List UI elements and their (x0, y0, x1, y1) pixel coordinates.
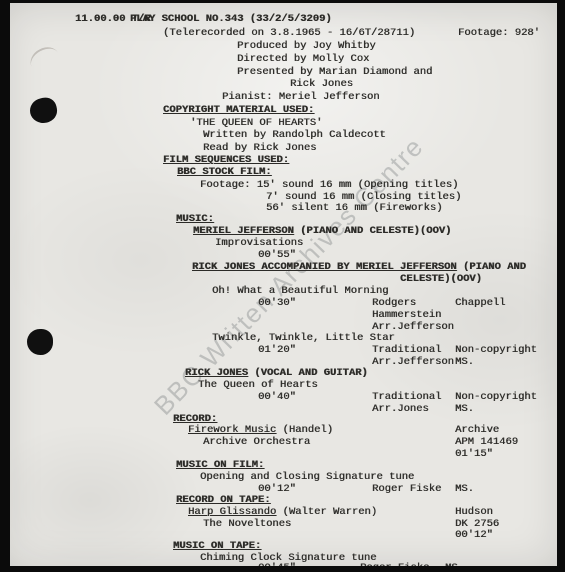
record-on-tape-title-name: Harp Glissando (188, 506, 276, 518)
music-artist-2-name: RICK JONES ACCOMPANIED BY MERIEL JEFFERS… (192, 261, 457, 273)
record-title-name: Firework Music (188, 424, 276, 436)
music-on-film-heading: MUSIC ON FILM: (176, 459, 264, 471)
credit-produced: Produced by Joy Whitby (237, 40, 376, 52)
record-on-tape-title-detail: (Walter Warren) (276, 506, 377, 518)
music-item-3-duration: 01'20" (258, 344, 296, 356)
music-item-3-publisher: Non-copyright (455, 344, 537, 356)
music-item-2-composer-2: Hammerstein (372, 309, 441, 321)
line-programme-title: 11.00.00 T/R PLAY SCHOOL NO.343 (33/2/5/… (0, 13, 565, 26)
music-artist-3-detail: (VOCAL AND GUITAR) (248, 367, 368, 379)
credit-presented: Presented by Marian Diamond and (237, 66, 432, 78)
credit-directed: Directed by Molly Cox (237, 53, 369, 65)
bbc-stock-film-heading: BBC STOCK FILM: (177, 166, 272, 178)
line-presented-cont: Rick Jones (0, 78, 565, 91)
line-copyright-heading: COPYRIGHT MATERIAL USED: (0, 104, 565, 117)
music-artist-3: RICK JONES (VOCAL AND GUITAR) (185, 367, 368, 379)
scanned-document-page: BBC Written Archives Centre 11.00.00 T/R… (0, 0, 565, 572)
music-item-2-composer: Rodgers (372, 297, 416, 309)
music-artist-1-detail: (PIANO AND CELESTE)(OOV) (294, 225, 452, 237)
copyright-read-by: Read by Rick Jones (203, 142, 316, 154)
music-artist-2-cont: CELESTE)(OOV) (400, 273, 482, 285)
credit-presented-cont: Rick Jones (290, 78, 353, 90)
music-item-4-composer: Traditional (372, 391, 441, 403)
music-item-4-duration: 00'40" (258, 391, 296, 403)
scan-border-top (0, 0, 565, 3)
music-item-3-composer: Traditional (372, 344, 441, 356)
music-artist-2: RICK JONES ACCOMPANIED BY MERIEL JEFFERS… (192, 261, 526, 273)
music-item-1-title: Improvisations (215, 237, 303, 249)
scan-border-left (0, 0, 10, 572)
film-footage-1: Footage: 15' sound 16 mm (Opening titles… (200, 179, 458, 191)
record-title: Firework Music (Handel) (188, 424, 333, 436)
copyright-heading: COPYRIGHT MATERIAL USED: (163, 104, 314, 116)
line-produced: Produced by Joy Whitby (0, 40, 565, 53)
record-on-tape-heading: RECORD ON TAPE: (176, 494, 271, 506)
music-item-2-duration: 00'30" (258, 297, 296, 309)
record-label: Archive (455, 424, 499, 436)
music-item-2-publisher: Chappell (455, 297, 505, 309)
copyright-written-by: Written by Randolph Caldecott (203, 129, 386, 141)
line-film-stock-heading: BBC STOCK FILM: (0, 166, 565, 179)
line-pianist: Pianist: Meriel Jefferson (0, 91, 565, 104)
footage-total: Footage: 928' (458, 27, 540, 39)
line-copyright-written: Written by Randolph Caldecott (0, 129, 565, 142)
credit-pianist: Pianist: Meriel Jefferson (222, 91, 380, 103)
music-item-4-publisher: Non-copyright (455, 391, 537, 403)
record-performer: Archive Orchestra (203, 436, 310, 448)
music-heading: MUSIC: (176, 213, 214, 225)
music-on-film-title: Opening and Closing Signature tune (200, 471, 414, 483)
record-title-detail: (Handel) (276, 424, 333, 436)
music-artist-1-name: MERIEL JEFFERSON (193, 225, 294, 237)
telerecorded-note: (Telerecorded on 3.8.1965 - 16/6T/28711) (163, 27, 415, 39)
scan-border-bottom (0, 566, 565, 572)
record-catalogue: APM 141469 (455, 436, 518, 448)
music-artist-3-name: RICK JONES (185, 367, 248, 379)
film-sequences-heading: FILM SEQUENCES USED: (163, 154, 289, 166)
programme-title: PLAY SCHOOL NO.343 (33/2/5/3209) (130, 13, 332, 25)
music-item-1-duration: 00'55" (258, 249, 296, 261)
scan-border-right (557, 0, 565, 572)
music-item-3-title: Twinkle, Twinkle, Little Star (212, 332, 395, 344)
line-telerecorded: (Telerecorded on 3.8.1965 - 16/6T/28711)… (0, 27, 565, 40)
music-item-2-title: Oh! What a Beautiful Morning (212, 285, 388, 297)
music-on-tape-heading: MUSIC ON TAPE: (173, 540, 261, 552)
hole-punch-bottom (27, 329, 53, 355)
copyright-work-title: 'THE QUEEN OF HEARTS' (190, 117, 322, 129)
music-artist-1: MERIEL JEFFERSON (PIANO AND CELESTE)(OOV… (193, 225, 451, 237)
music-artist-2-detail: (PIANO AND (457, 261, 526, 273)
record-on-tape-label: Hudson (455, 506, 493, 518)
line-directed: Directed by Molly Cox (0, 53, 565, 66)
music-item-4-title: The Queen of Hearts (198, 379, 318, 391)
record-on-tape-title: Harp Glissando (Walter Warren) (188, 506, 377, 518)
